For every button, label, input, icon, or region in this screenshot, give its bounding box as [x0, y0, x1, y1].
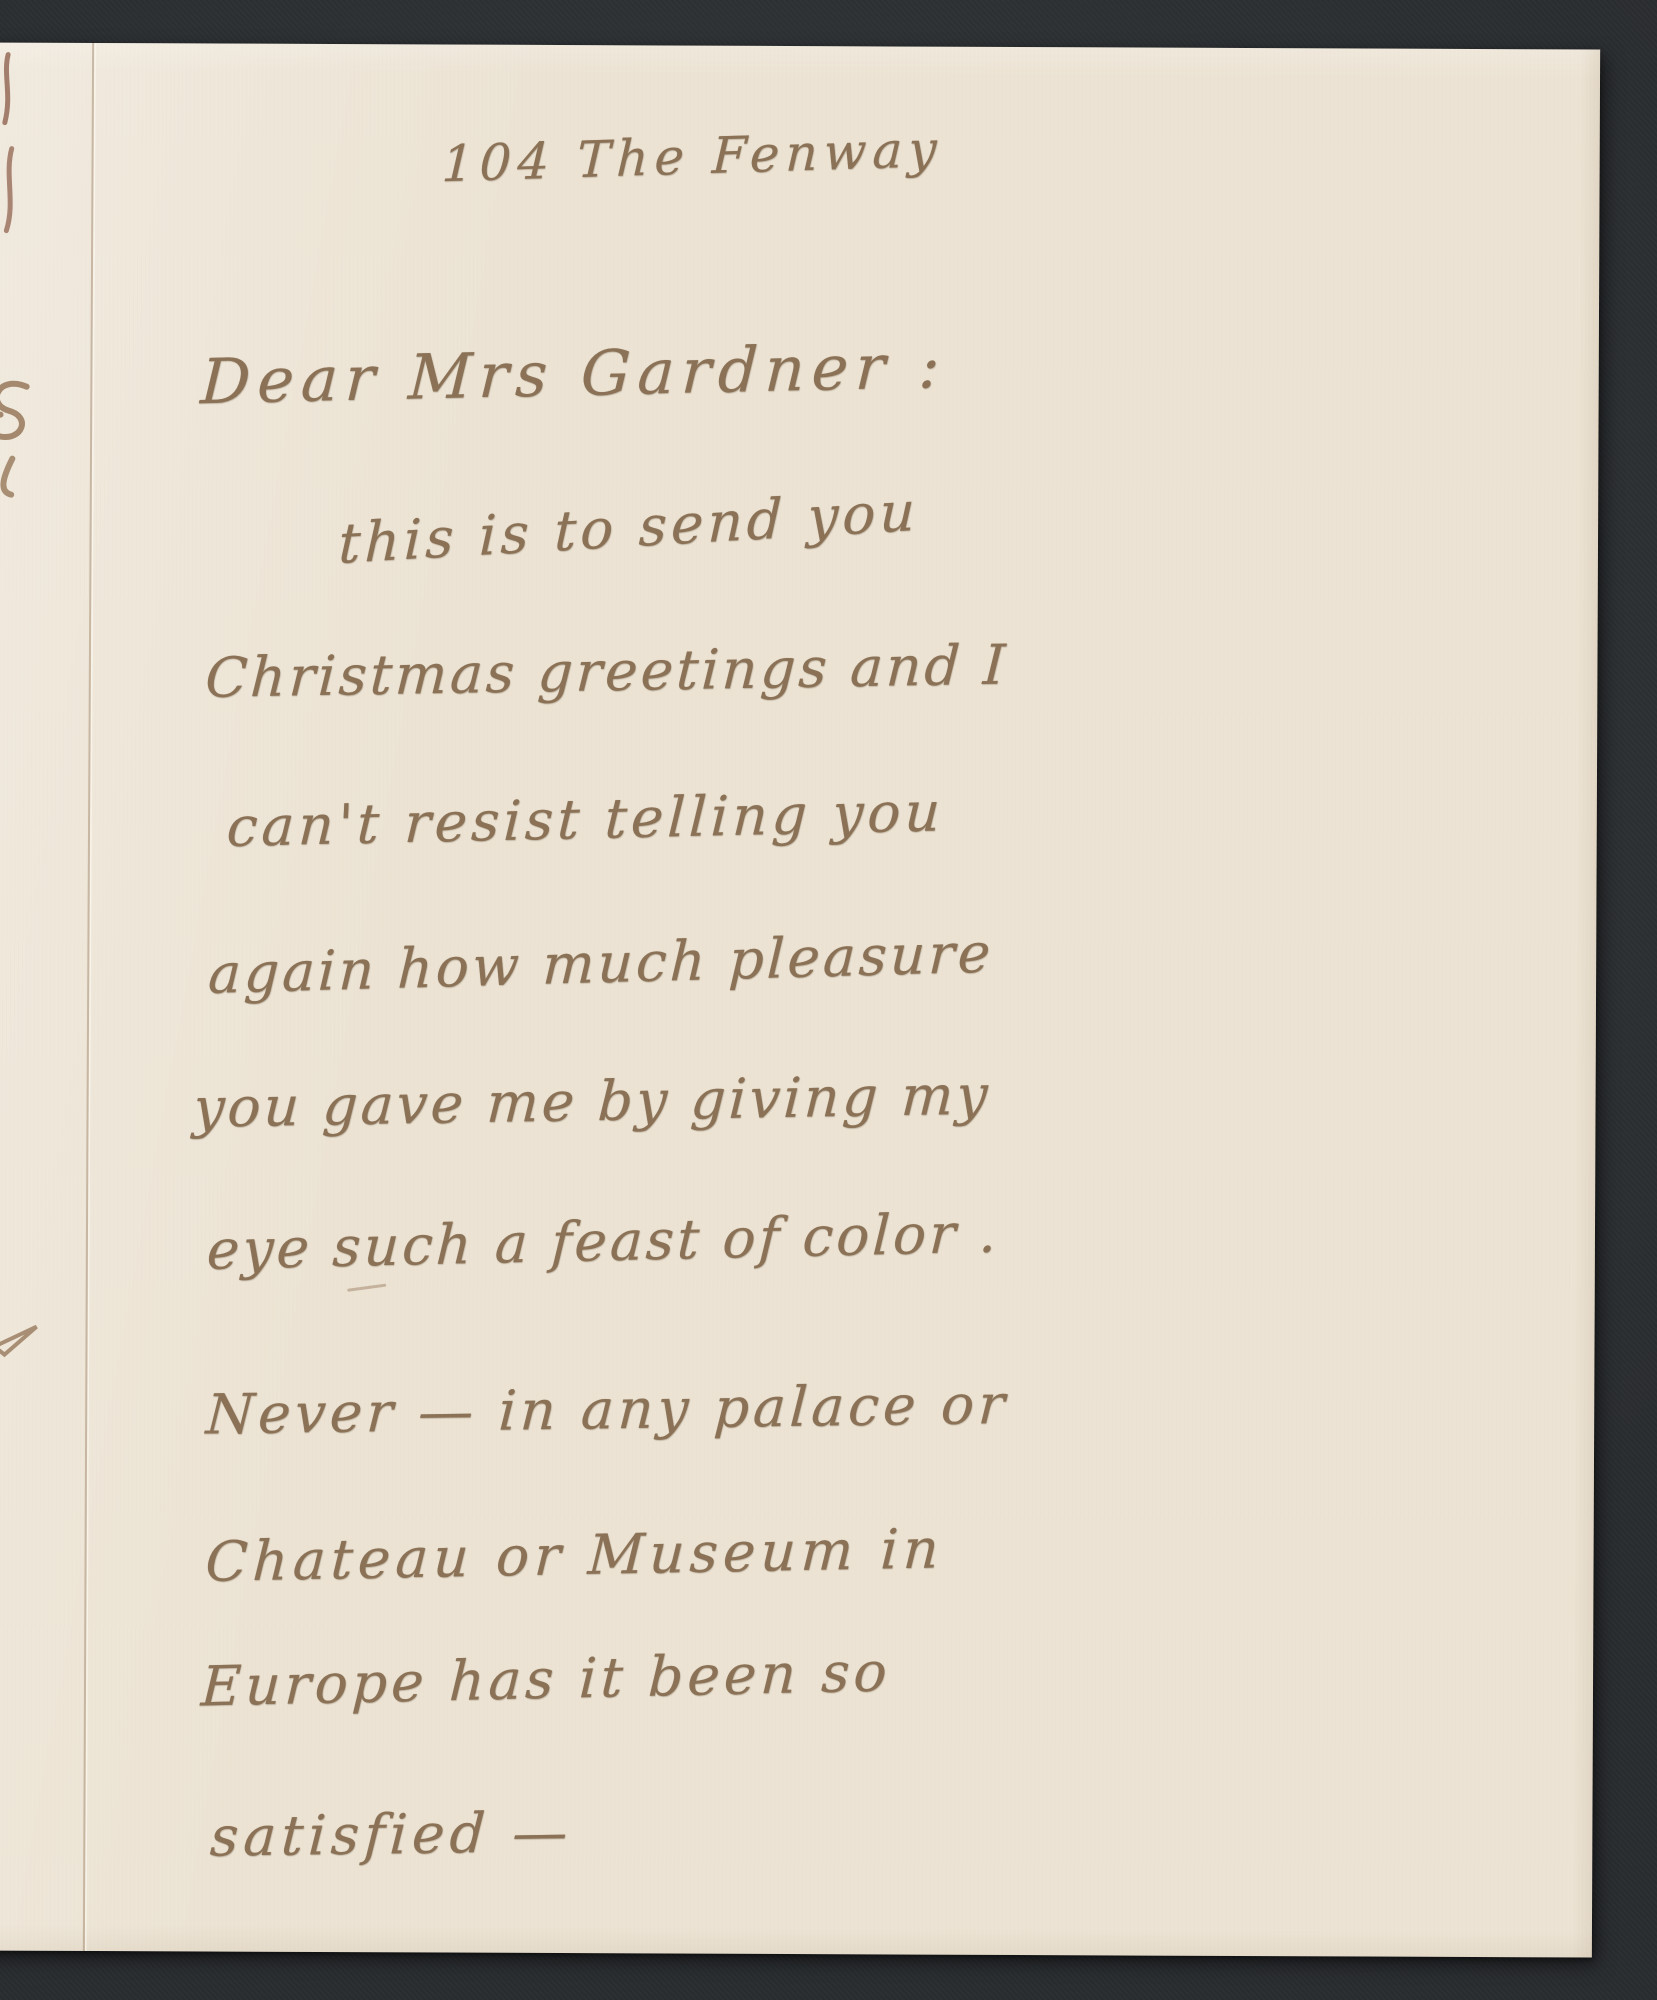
body-line: again how much pleasure [207, 921, 995, 1006]
body-line: you gave me by giving my [192, 1063, 992, 1140]
address-line: 104 The Fenway [441, 120, 944, 193]
body-line: Chateau or Museum in [204, 1516, 945, 1594]
body-line: this is to send you [338, 479, 920, 576]
body-line: satisfied — [209, 1800, 575, 1869]
letter-paper: 104 The Fenway Dear Mrs Gardner : this i… [0, 42, 1600, 1957]
salutation-line: Dear Mrs Gardner : [199, 329, 948, 418]
photographed-letter-scene: { "scene": { "background_color": "#2a2d3… [0, 0, 1657, 2000]
body-line: Never — in any palace or [204, 1372, 1010, 1447]
body-line: Europe has it been so [200, 1639, 893, 1718]
body-line: can't resist telling you [225, 779, 945, 859]
body-line: eye such a feast of color . [206, 1201, 1002, 1282]
fold-crease [84, 43, 96, 1951]
letter-text: 104 The Fenway Dear Mrs Gardner : this i… [0, 42, 1600, 49]
body-line: Christmas greetings and I [204, 633, 1010, 710]
